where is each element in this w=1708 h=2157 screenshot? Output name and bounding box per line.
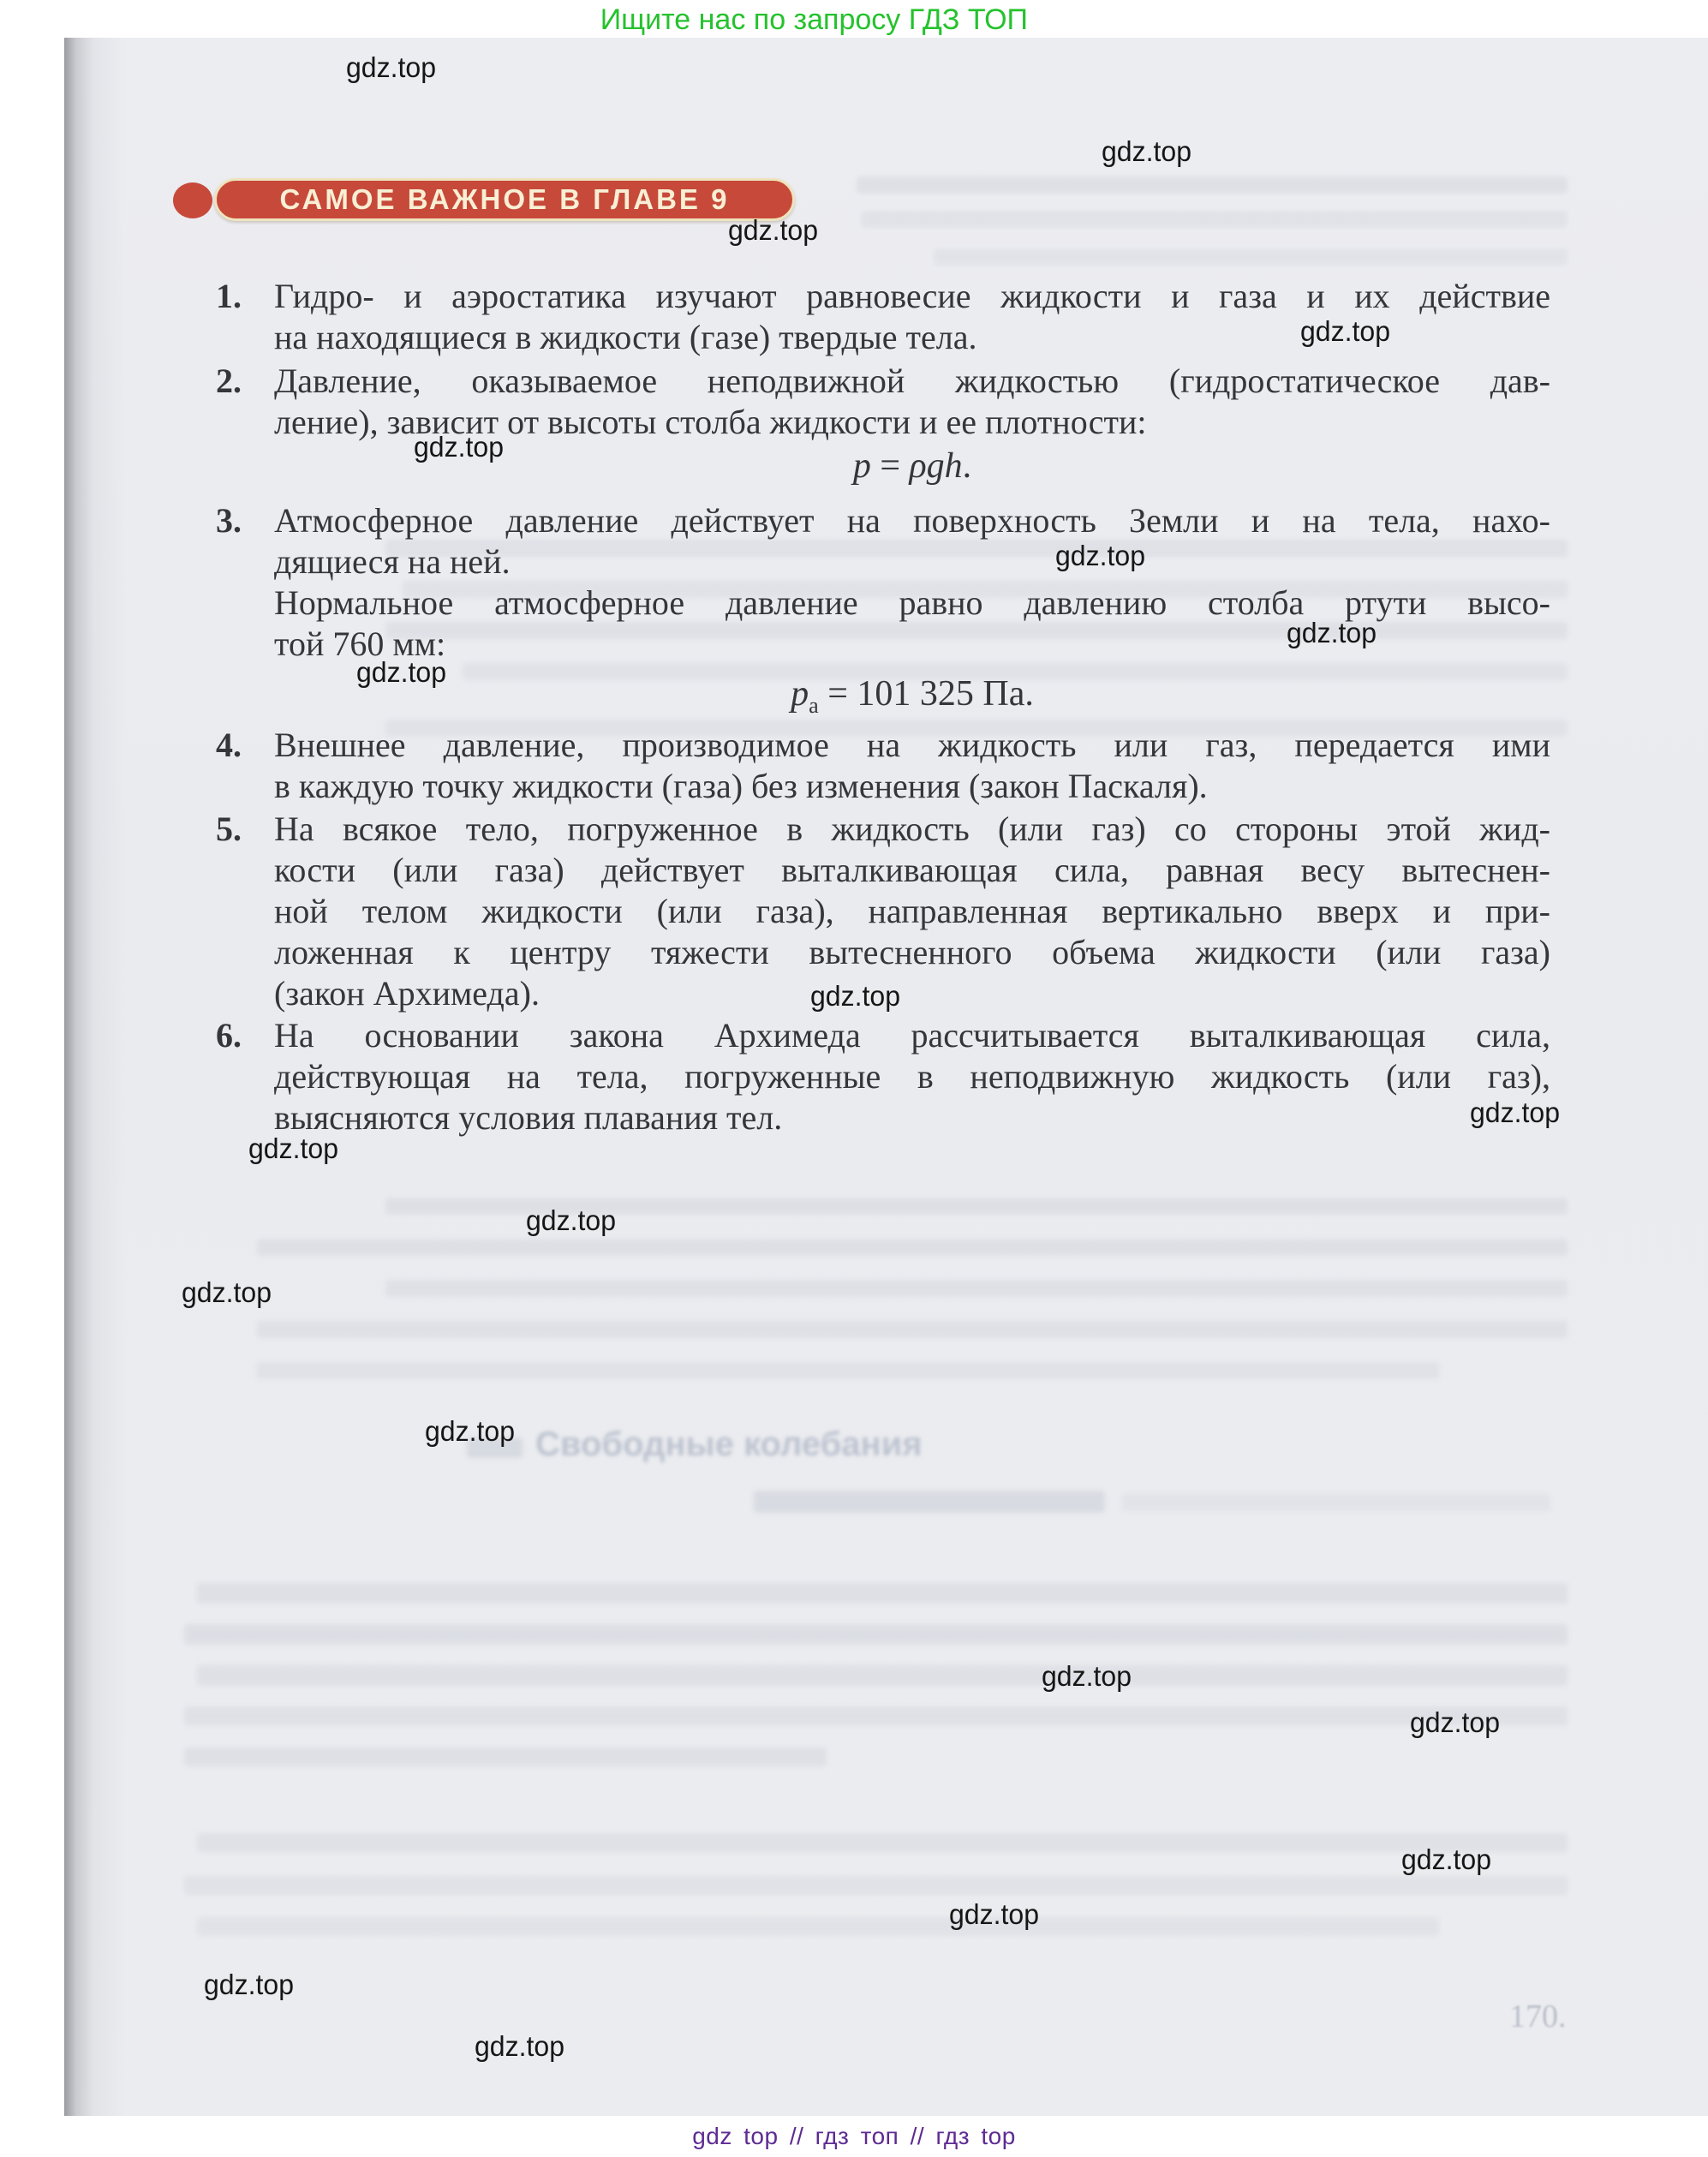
list-item: 4. Внешнее давление, производимое на жид… — [274, 725, 1550, 807]
text-line: в каждую точку жидкости (газа) без измен… — [274, 766, 1550, 807]
list-item-number: 1. — [216, 276, 269, 317]
chapter-summary-title: САМОЕ ВАЖНОЕ В ГЛАВЕ 9 — [280, 183, 730, 216]
formula-segment: . — [963, 446, 972, 486]
bleed-through-line — [184, 1748, 827, 1766]
badge-dot-icon — [173, 182, 212, 218]
watermark: gdz.top — [949, 1898, 1039, 1931]
bleed-through-line — [257, 1239, 1568, 1256]
watermark: gdz.top — [346, 51, 436, 84]
bleed-through-line — [385, 1280, 1568, 1297]
list-item-number: 6. — [216, 1015, 269, 1056]
text-line: (закон Архимеда). — [274, 973, 1550, 1014]
watermark: gdz.top — [182, 1276, 272, 1309]
list-item-number: 5. — [216, 809, 269, 850]
bleed-through-line — [197, 1665, 1568, 1686]
bleed-through-page-number: 170. — [1509, 1998, 1567, 2035]
watermark: gdz.top — [1401, 1843, 1491, 1876]
text-line: ложенная к центру тяжести вытесненного о… — [274, 932, 1550, 973]
promo-text: Ищите нас по запросу ГДЗ ТОП — [600, 3, 1028, 37]
formula-atmospheric-pressure: pа = 101 325 Па. — [274, 673, 1550, 726]
bleed-through-line — [257, 1362, 1439, 1379]
bleed-through-line — [197, 1917, 1439, 1936]
text-line: выясняются условия плавания тел. — [274, 1097, 1550, 1138]
bleed-through-line — [197, 1833, 1568, 1852]
list-item: 5. На всякое тело, погруженное в жидкост… — [274, 809, 1550, 1014]
text-line: На всякое тело, погруженное в жидкость (… — [274, 809, 1550, 850]
text-line: На основании закона Архимеда рассчитывае… — [274, 1015, 1550, 1056]
watermark: gdz.top — [526, 1204, 616, 1237]
bleed-through-line — [861, 211, 1568, 228]
formula-segment: = — [871, 446, 910, 486]
watermark: gdz.top — [1287, 617, 1377, 649]
bleed-through-line — [1122, 1494, 1550, 1511]
watermark: gdz.top — [356, 656, 446, 689]
formula-segment: ρgh — [910, 446, 963, 486]
list-item-number: 2. — [216, 361, 269, 402]
text-line: Атмосферное давление действует на поверх… — [274, 500, 1550, 541]
watermark: gdz.top — [425, 1415, 515, 1448]
watermark: gdz.top — [475, 2030, 564, 2063]
bleed-through-heading: Свободные колебания — [535, 1425, 923, 1464]
text-line: действующая на тела, погруженные в непод… — [274, 1056, 1550, 1097]
bleed-through-line — [197, 1583, 1568, 1604]
bleed-through-line — [257, 1321, 1568, 1338]
text-line: ной телом жидкости (или газа), направлен… — [274, 891, 1550, 932]
watermark: gdz.top — [810, 980, 900, 1013]
formula-segment: p — [853, 446, 871, 486]
formula-segment: p — [791, 674, 809, 714]
text-line: кости (или газа) действует выталкивающая… — [274, 850, 1550, 891]
text-line: Гидро- и аэростатика изучают равновесие … — [274, 276, 1550, 317]
bleed-through-line — [857, 176, 1568, 194]
watermark: gdz.top — [414, 431, 504, 463]
watermark: gdz.top — [1470, 1096, 1560, 1129]
footer-text: gdz top // гдз топ // гдз top — [0, 2123, 1708, 2150]
list-item-number: 4. — [216, 725, 269, 766]
formula-segment: = 101 325 Па. — [819, 674, 1034, 714]
bleed-through-line — [184, 1876, 1568, 1895]
chapter-summary-badge: САМОЕ ВАЖНОЕ В ГЛАВЕ 9 — [214, 178, 795, 221]
watermark: gdz.top — [1055, 540, 1145, 572]
list-item: 6. На основании закона Архимеда рассчиты… — [274, 1015, 1550, 1138]
watermark: gdz.top — [1300, 315, 1390, 348]
watermark: gdz.top — [1102, 135, 1191, 168]
bleed-through-line — [934, 248, 1568, 266]
bleed-through-line — [184, 1706, 1568, 1725]
bleed-through-line — [184, 1624, 1568, 1645]
watermark: gdz.top — [248, 1132, 338, 1165]
watermark: gdz.top — [728, 214, 818, 247]
bleed-through-line — [754, 1491, 1105, 1513]
watermark: gdz.top — [1410, 1706, 1500, 1739]
list-item-number: 3. — [216, 500, 269, 541]
watermark: gdz.top — [204, 1969, 294, 2001]
text-line: дящиеся на ней. — [274, 541, 1550, 583]
text-line: Внешнее давление, производимое на жидкос… — [274, 725, 1550, 766]
formula-segment: а — [809, 693, 819, 718]
watermark: gdz.top — [1042, 1660, 1132, 1693]
text-line: Давление, оказываемое неподвижной жидкос… — [274, 361, 1550, 402]
